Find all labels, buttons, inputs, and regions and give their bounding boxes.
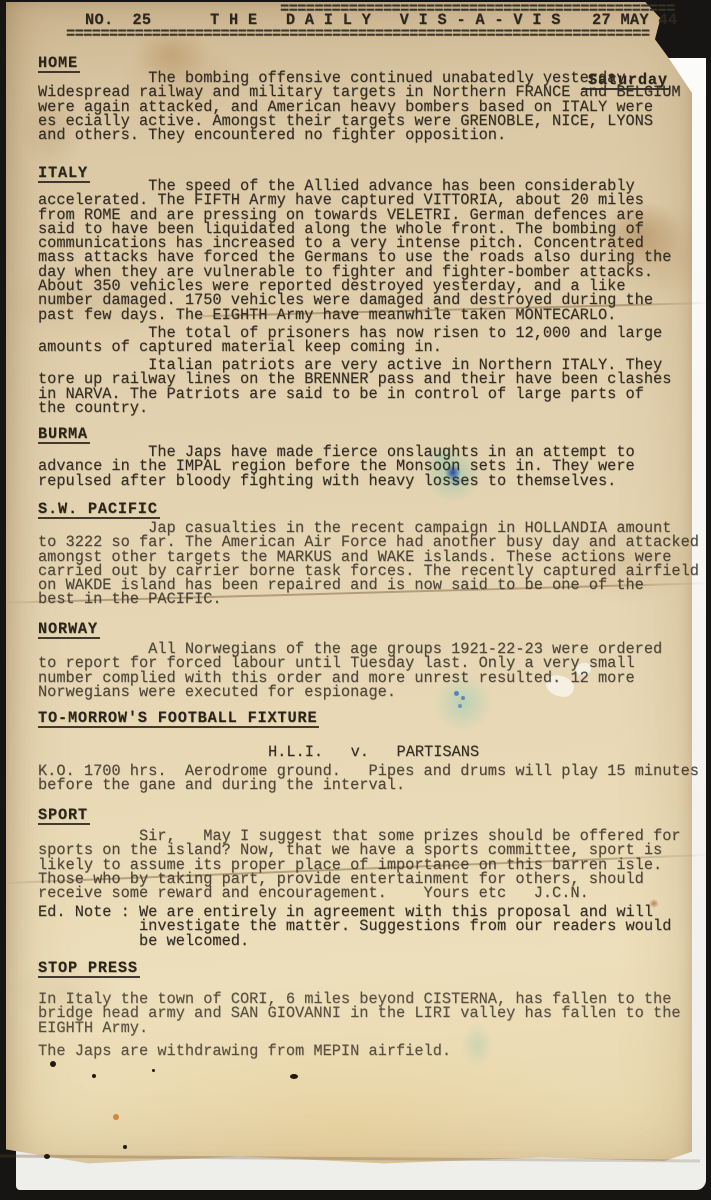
masthead-date: 27 MAY 44 xyxy=(592,13,677,27)
scanned-newsletter: ========================================… xyxy=(0,0,711,1200)
sport-letter: Sir, May I suggest that some prizes shou… xyxy=(38,829,711,900)
football-fixture-line: H.L.I. v. PARTISANS xyxy=(268,745,479,759)
section-heading-sw-pacific: S.W. PACIFIC xyxy=(38,502,160,519)
section-heading-stop-press: STOP PRESS xyxy=(38,961,140,978)
burma-paragraph: The Japs have made fierce onslaughts in … xyxy=(38,445,711,488)
section-heading-norway: NORWAY xyxy=(38,622,100,639)
masthead-title: T H E D A I L Y V I S - A - V I S xyxy=(210,13,561,27)
norway-paragraph: All Norwegians of the age groups 1921-22… xyxy=(38,642,711,699)
stop-press-paragraph-2: The Japs are withdrawing from MEPIN airf… xyxy=(38,1044,711,1058)
sw-pacific-paragraph: Jap casualties in the recent campaign in… xyxy=(38,521,711,607)
italy-paragraph-2: The total of prisoners has now risen to … xyxy=(38,326,711,355)
italy-paragraph-1: The speed of the Allied advance has been… xyxy=(38,179,711,322)
masthead-rule-bottom: ========================================… xyxy=(66,27,692,40)
section-heading-burma: BURMA xyxy=(38,427,90,444)
editor-note: Ed. Note : We are entirely in agreement … xyxy=(38,905,711,948)
stop-press-paragraph-1: In Italy the town of CORI, 6 miles beyon… xyxy=(38,992,711,1035)
italy-paragraph-3: Italian patriots are very active in Nort… xyxy=(38,358,711,415)
section-heading-sport: SPORT xyxy=(38,808,90,825)
section-heading-football: TO-MORROW'S FOOTBALL FIXTURE xyxy=(38,711,319,728)
home-paragraph: The bombing offensive continued unabated… xyxy=(38,71,711,142)
football-details: K.O. 1700 hrs. Aerodrome ground. Pipes a… xyxy=(38,764,711,793)
typewritten-text-layer: ========================================… xyxy=(0,0,711,1200)
issue-number: NO. 25 xyxy=(85,13,151,27)
